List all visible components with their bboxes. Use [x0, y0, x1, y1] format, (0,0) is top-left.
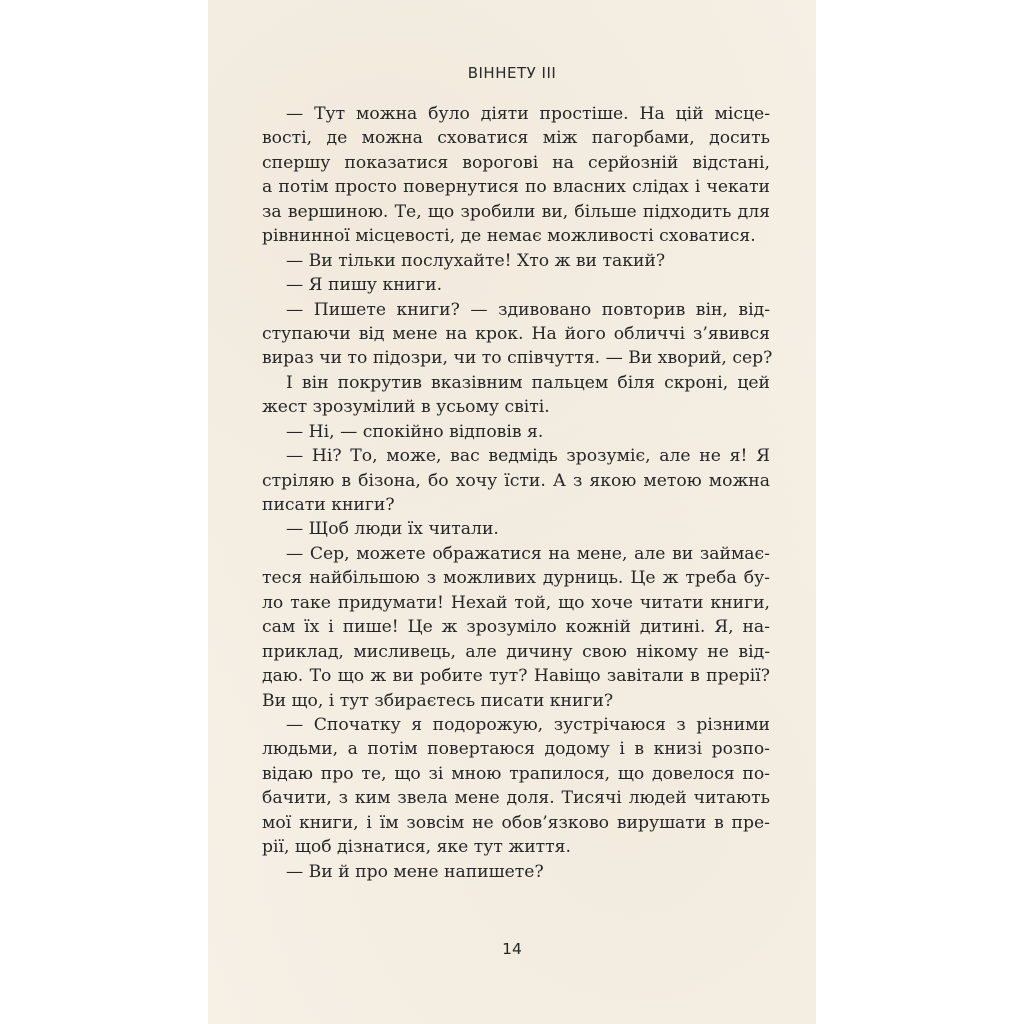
text-line: — Ви й про мене напишете? — [262, 860, 770, 884]
text-line: І він покрутив вказівним пальцем біля ск… — [262, 371, 770, 395]
text-line: — Ви тільки послухайте! Хто ж ви такий? — [262, 249, 770, 273]
text-line: теся найбільшою з можливих дурниць. Це ж… — [262, 566, 770, 590]
page-number: 14 — [208, 940, 816, 958]
text-line: за вершиною. Те, що зробили ви, більше п… — [262, 200, 770, 224]
text-line: — Тут можна було діяти простіше. На цій … — [262, 102, 770, 126]
running-head: ВІННЕТУ III — [208, 64, 816, 82]
text-line: а потім просто повернутися по власних сл… — [262, 175, 770, 199]
text-line: рії, щоб дізнатися, яке тут життя. — [262, 835, 770, 859]
text-line: жест зрозумілий в усьому світі. — [262, 395, 770, 419]
text-line: даю. То що ж ви робите тут? Навіщо завіт… — [262, 664, 770, 688]
text-line: рівнинної місцевості, де немає можливост… — [262, 224, 770, 248]
text-line: стріляю в бізона, бо хочу їсти. А з якою… — [262, 469, 770, 493]
book-page: ВІННЕТУ III — Тут можна було діяти прост… — [208, 0, 816, 1024]
body-text: — Тут можна було діяти простіше. На цій … — [262, 102, 770, 884]
text-line: — Я пишу книги. — [262, 273, 770, 297]
text-line: — Ні, — спокійно відповів я. — [262, 420, 770, 444]
text-line: вості, де можна сховатися між пагорбами,… — [262, 126, 770, 150]
text-line: ло таке придумати! Нехай той, що хоче чи… — [262, 591, 770, 615]
text-line: писати книги? — [262, 493, 770, 517]
text-line: приклад, мисливець, але дичину свою ніко… — [262, 640, 770, 664]
text-line: Ви що, і тут збираєтесь писати книги? — [262, 689, 770, 713]
text-line: вираз чи то підозри, чи то співчуття. — … — [262, 346, 770, 370]
text-line: людьми, а потім повертаюся додому і в кн… — [262, 737, 770, 761]
text-line: мої книги, і їм зовсім не обов’язково ви… — [262, 811, 770, 835]
text-line: — Ні? То, може, вас ведмідь зрозуміє, ал… — [262, 444, 770, 468]
text-line: спершу показатися ворогові на серйозній … — [262, 151, 770, 175]
text-line: відаю про те, що зі мною трапилося, що д… — [262, 762, 770, 786]
text-line: — Щоб люди їх читали. — [262, 517, 770, 541]
text-line: сам їх і пише! Це ж зрозуміло кожній дит… — [262, 615, 770, 639]
text-line: — Спочатку я подорожую, зустрічаюся з рі… — [262, 713, 770, 737]
text-line: бачити, з ким звела мене доля. Тисячі лю… — [262, 786, 770, 810]
text-line: — Сер, можете ображатися на мене, але ви… — [262, 542, 770, 566]
text-line: ступаючи від мене на крок. На його облич… — [262, 322, 770, 346]
text-line: — Пишете книги? — здивовано повторив він… — [262, 298, 770, 322]
